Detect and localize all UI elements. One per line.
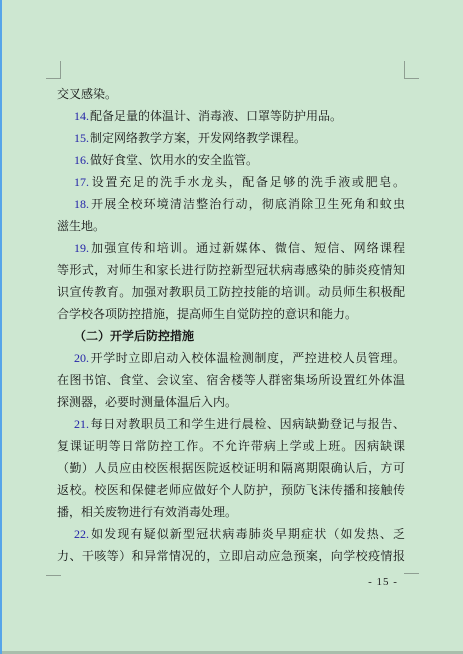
list-number: 16. bbox=[74, 153, 90, 167]
text-line: 18.开展全校环境清洁整治行动，彻底消除卫生死角和蚊虫 bbox=[57, 193, 405, 215]
list-number: 17. bbox=[74, 175, 90, 189]
document-text-body: 交叉感染。14.配备足量的体温计、消毒液、口罩等防护用品。15.制定网络教学方案… bbox=[57, 83, 405, 567]
text-line: 返校。校医和保健老师应做好个人防护，预防飞沫传播和接触传 bbox=[57, 479, 405, 501]
left-edge-strip bbox=[0, 0, 2, 654]
text-line: 复课证明等日常防控工作。不允许带病上学或上班。因病缺课 bbox=[57, 435, 405, 457]
page-number: - 15 - bbox=[358, 575, 408, 589]
text-line: 探测器，必要时测量体温后入内。 bbox=[57, 391, 405, 413]
text-line: 21.每日对教职员工和学生进行晨检、因病缺勤登记与报告、 bbox=[57, 413, 405, 435]
text-line: 14.配备足量的体温计、消毒液、口罩等防护用品。 bbox=[57, 105, 405, 127]
text-line: 播，相关废物进行有效消毒处理。 bbox=[57, 501, 405, 523]
crop-mark-top-left bbox=[46, 61, 61, 79]
text-line: 15.制定网络教学方案，开发网络教学课程。 bbox=[57, 127, 405, 149]
list-number: 22. bbox=[74, 527, 90, 541]
list-number: 19. bbox=[74, 241, 90, 255]
text-line: 识宣传教育。加强对教职员工防控技能的培训。动员师生积极配 bbox=[57, 281, 405, 303]
crop-mark-bottom-right bbox=[404, 573, 419, 574]
list-number: 18. bbox=[74, 197, 90, 211]
text-line: 19.加强宣传和培训。通过新媒体、微信、短信、网络课程 bbox=[57, 237, 405, 259]
text-line: 16.做好食堂、饮用水的安全监管。 bbox=[57, 149, 405, 171]
text-line: 20.开学时立即启动入校体温检测制度，严控进校人员管理。 bbox=[57, 347, 405, 369]
text-line: 17.设置充足的洗手水龙头，配备足够的洗手液或肥皂。 bbox=[57, 171, 405, 193]
section-heading: （二）开学后防控措施 bbox=[57, 325, 405, 347]
text-line: 在图书馆、食堂、会议室、宿舍楼等人群密集场所设置红外体温 bbox=[57, 369, 405, 391]
list-number: 14. bbox=[74, 109, 90, 123]
crop-mark-top-right bbox=[404, 61, 419, 79]
list-number: 21. bbox=[74, 417, 90, 431]
list-number: 15. bbox=[74, 131, 90, 145]
text-line: 合学校各项防控措施，提高师生自觉防控的意识和能力。 bbox=[57, 303, 405, 325]
text-line: 滋生地。 bbox=[57, 215, 405, 237]
document-page: 交叉感染。14.配备足量的体温计、消毒液、口罩等防护用品。15.制定网络教学方案… bbox=[0, 0, 463, 654]
text-line: 力、干咳等）和异常情况的，立即启动应急预案，向学校疫情报 bbox=[57, 545, 405, 567]
text-line: 等形式，对师生和家长进行防控新型冠状病毒感染的肺炎疫情知 bbox=[57, 259, 405, 281]
list-number: 20. bbox=[74, 351, 90, 365]
text-line: 交叉感染。 bbox=[57, 83, 405, 105]
text-line: 22.如发现有疑似新型冠状病毒肺炎早期症状（如发热、乏 bbox=[57, 523, 405, 545]
crop-mark-bottom-left bbox=[46, 575, 61, 576]
text-line: （勤）人员应由校医根据医院返校证明和隔离期限确认后，方可 bbox=[57, 457, 405, 479]
